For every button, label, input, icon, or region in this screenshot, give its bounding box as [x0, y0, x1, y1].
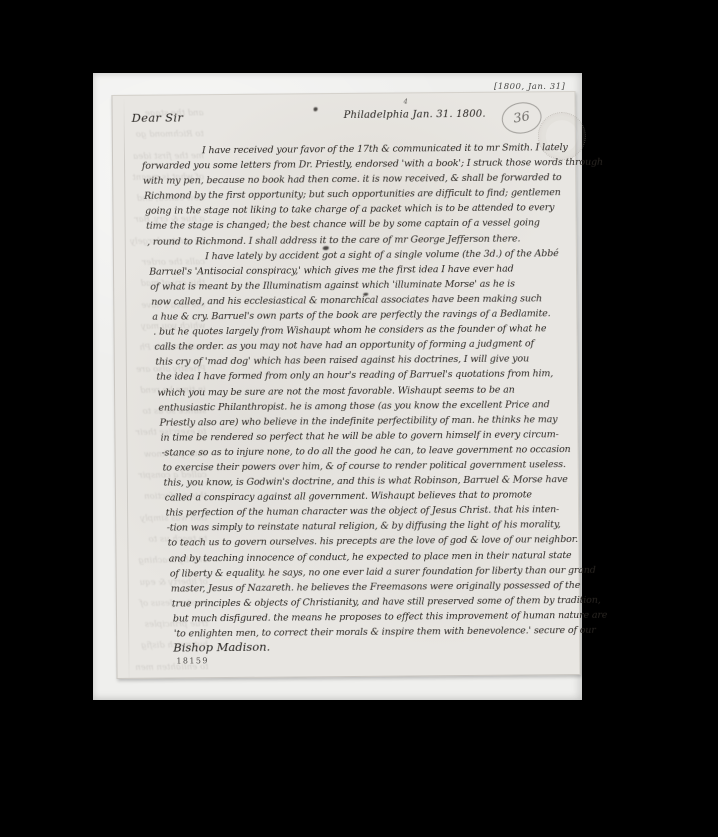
scanner-background: { "scan": { "colors": { "background": "#… — [0, 0, 718, 837]
letter-body: I have received your favor of the 17th &… — [113, 140, 579, 642]
letter-page: and the stageto Richmond gome the first … — [111, 91, 580, 679]
letter-line: 'to enlighten men, to correct their mora… — [117, 623, 579, 642]
addressee-note: Bishop Madison. — [173, 640, 270, 655]
ink-blot — [314, 107, 318, 111]
dateline-superscript-mark: 4 — [403, 97, 407, 105]
catalog-number: 18159 — [176, 656, 209, 665]
dateline: Philadelphia Jan. 31. 1800. — [344, 109, 486, 121]
scan-bed: [1800, Jan. 31] and the stageto Richmond… — [93, 73, 582, 700]
salutation: Dear Sir — [132, 110, 184, 124]
